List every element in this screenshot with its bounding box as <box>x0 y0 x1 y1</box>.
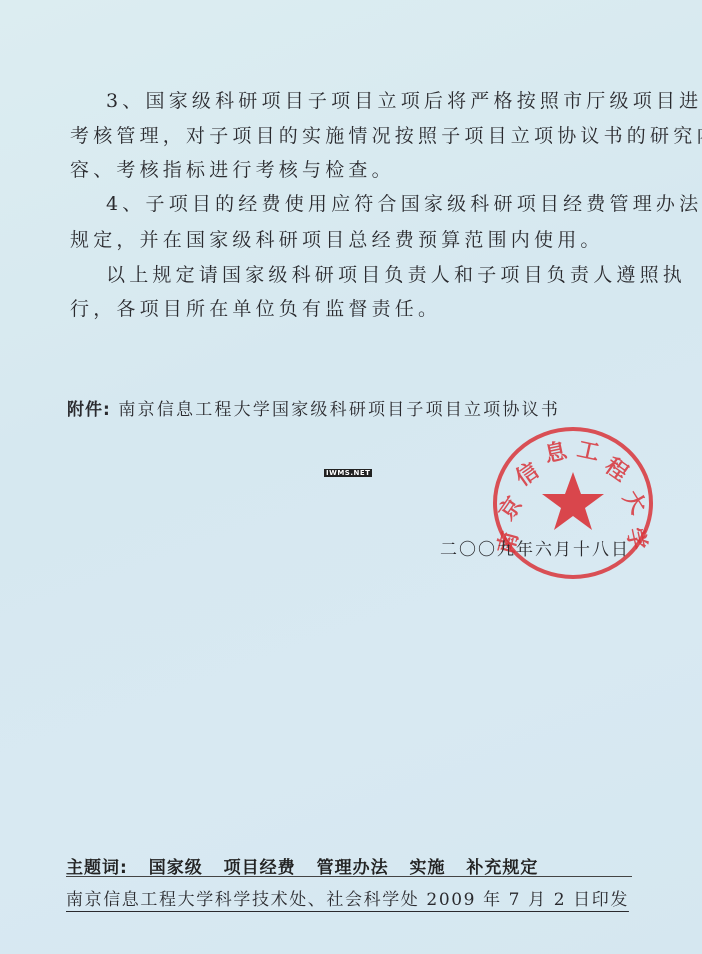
watermark: IWMS.NET <box>324 469 372 477</box>
svg-text:大: 大 <box>618 486 652 518</box>
svg-text:信: 信 <box>511 458 544 492</box>
attachment-line: 附件: 南京信息工程大学国家级科研项目子项目立项协议书 <box>67 398 560 422</box>
svg-text:程: 程 <box>600 453 633 487</box>
keyword: 补充规定 <box>466 858 538 878</box>
attachment-label: 附件: <box>67 400 111 420</box>
keyword: 实施 <box>410 858 446 878</box>
closing-line-2: 行，各项目所在单位负有监督责任。 <box>70 297 441 321</box>
keyword: 项目经费 <box>224 858 296 878</box>
paragraph-4-line-1: 4、子项目的经费使用应符合国家级科研项目经费管理办法的 <box>106 192 702 216</box>
keywords-label: 主题词: <box>66 858 128 878</box>
signature-date: 二〇〇九年六月十八日 <box>440 538 630 562</box>
paragraph-3-line-1: 3、国家级科研项目子项目立项后将严格按照市厅级项目进行 <box>106 89 702 113</box>
keyword: 管理办法 <box>317 858 389 878</box>
paragraph-4-line-2: 规定，并在国家级科研项目总经费预算范围内使用。 <box>70 228 604 252</box>
attachment-title: 南京信息工程大学国家级科研项目子项目立项协议书 <box>118 400 560 420</box>
svg-text:息: 息 <box>542 438 570 468</box>
paragraph-3-line-3: 容、考核指标进行考核与检查。 <box>70 158 395 182</box>
paragraph-3-line-2: 考核管理，对子项目的实施情况按照子项目立项协议书的研究内 <box>70 124 702 148</box>
keywords-divider <box>66 876 632 877</box>
keywords-line: 主题词: 国家级 项目经费 管理办法 实施 补充规定 <box>66 853 538 878</box>
svg-text:工: 工 <box>575 436 602 466</box>
issuer-line: 南京信息工程大学科学技术处、社会科学处 2009 年 7 月 2 日印发 <box>66 885 629 910</box>
closing-line-1: 以上规定请国家级科研项目负责人和子项目负责人遵照执 <box>106 263 686 287</box>
keyword: 国家级 <box>149 858 203 878</box>
